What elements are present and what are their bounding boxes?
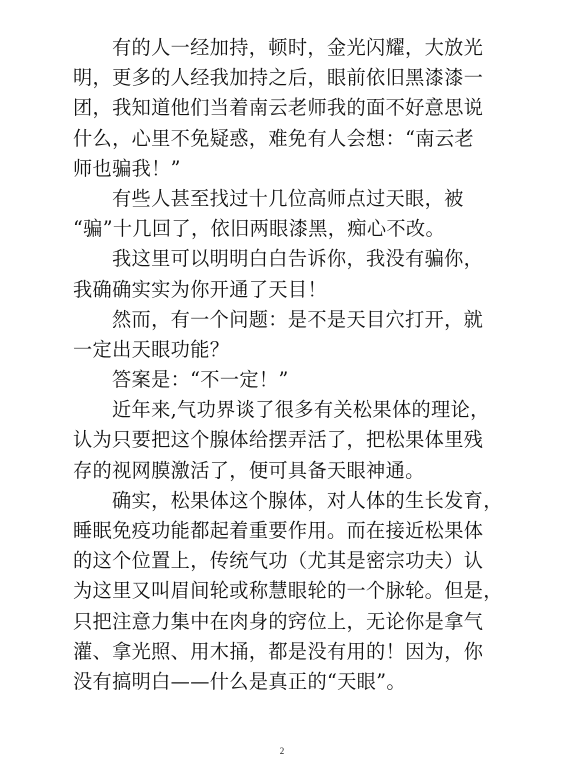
text-line: 认为只要把这个腺体给摆弄活了，把松果体里残 — [73, 425, 469, 455]
text-line: 明，更多的人经我加持之后，眼前依旧黑漆漆一 — [73, 63, 469, 93]
paragraph-4: 然而，有一个问题：是不是天目穴打开，就 一定出天眼功能？ — [73, 305, 469, 365]
text-line: 睡眠免疫功能都起着重要作用。而在接近松果体 — [73, 516, 469, 546]
paragraph-7: 确实，松果体这个腺体，对人体的生长发育， 睡眠免疫功能都起着重要作用。而在接近松… — [73, 486, 469, 697]
text-line: 团，我知道他们当着南云老师我的面不好意思说 — [73, 93, 469, 123]
text-line: 为这里又叫眉间轮或称慧眼轮的一个脉轮。但是， — [73, 576, 469, 606]
text-line: 我这里可以明明白白告诉你，我没有骗你， — [73, 244, 469, 274]
text-line: 没有搞明白——什么是真正的“天眼”。 — [73, 667, 469, 697]
text-line: 有的人一经加持，顿时，金光闪耀，大放光 — [73, 33, 469, 63]
text-line: 近年来,气功界谈了很多有关松果体的理论， — [73, 395, 469, 425]
paragraph-5: 答案是：“不一定！” — [73, 365, 469, 395]
text-line: 存的视网膜激活了，便可具备天眼神通。 — [73, 456, 469, 486]
paragraph-2: 有些人甚至找过十几位高师点过天眼，被 “骗”十几回了，依旧两眼漆黑，痴心不改。 — [73, 184, 469, 244]
text-line: 答案是：“不一定！” — [73, 365, 469, 395]
text-line: 一定出天眼功能？ — [73, 335, 469, 365]
text-line: 师也骗我！” — [73, 154, 469, 184]
text-line: 确实，松果体这个腺体，对人体的生长发育， — [73, 486, 469, 516]
paragraph-3: 我这里可以明明白白告诉你，我没有骗你， 我确确实实为你开通了天目！ — [73, 244, 469, 304]
paragraph-6: 近年来,气功界谈了很多有关松果体的理论， 认为只要把这个腺体给摆弄活了，把松果体… — [73, 395, 469, 486]
text-line: 只把注意力集中在肉身的窍位上，无论你是拿气 — [73, 607, 469, 637]
text-line: 灌、拿光照、用木捅，都是没有用的！因为，你 — [73, 637, 469, 667]
text-line: 什么，心里不免疑惑，难免有人会想：“南云老 — [73, 124, 469, 154]
text-line: 有些人甚至找过十几位高师点过天眼，被 — [73, 184, 469, 214]
text-line: 的这个位置上，传统气功（尤其是密宗功夫）认 — [73, 546, 469, 576]
text-line: 我确确实实为你开通了天目！ — [73, 275, 469, 305]
paragraph-1: 有的人一经加持，顿时，金光闪耀，大放光 明，更多的人经我加持之后，眼前依旧黑漆漆… — [73, 33, 469, 184]
page-number: 2 — [0, 746, 564, 756]
document-page: 有的人一经加持，顿时，金光闪耀，大放光 明，更多的人经我加持之后，眼前依旧黑漆漆… — [73, 33, 469, 697]
text-line: “骗”十几回了，依旧两眼漆黑，痴心不改。 — [73, 214, 469, 244]
text-line: 然而，有一个问题：是不是天目穴打开，就 — [73, 305, 469, 335]
